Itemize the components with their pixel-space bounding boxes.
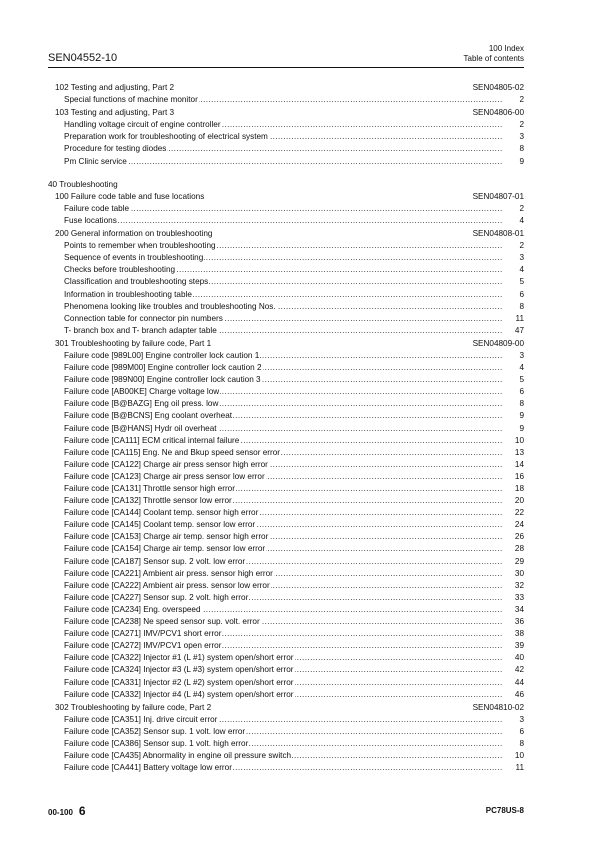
toc-entry-page: 13 [515, 447, 524, 459]
toc-entry-title: Failure code [CA154] Charge air temp. se… [64, 544, 266, 553]
toc-entry-title: Failure code [CA131] Throttle sensor hig… [64, 484, 236, 493]
toc-entry-page: 6 [519, 289, 524, 301]
toc-entry-leader: T- branch box and T- branch adapter tabl… [64, 325, 503, 337]
toc-section-doc-number: SEN04807-01 [473, 191, 524, 203]
toc-entry-leader: Failure code [CA332] Injector #4 (L #4) … [64, 689, 503, 701]
toc-entry-leader: Preparation work for troubleshooting of … [64, 131, 503, 143]
header-rule [48, 67, 524, 68]
toc-entry[interactable]: Failure code [CA123] Charge air press se… [48, 471, 524, 483]
toc-entry-title: Failure code [989M00] Engine controller … [64, 363, 263, 372]
toc-entry-title: Handling voltage circuit of engine contr… [64, 120, 222, 129]
toc-entry-leader: Classification and troubleshooting steps [64, 276, 503, 288]
toc-entry-page: 11 [516, 313, 525, 325]
toc-entry[interactable]: Failure code [CA386] Sensor sup. 1 volt.… [48, 738, 524, 750]
document-number: SEN04552-10 [48, 52, 117, 64]
toc-entry[interactable]: Fuse locations 4 [48, 215, 524, 227]
toc-entry-page: 4 [519, 264, 524, 276]
section-title: 100 Index [464, 44, 524, 54]
toc-entry-title: Failure code [CA332] Injector #4 (L #4) … [64, 690, 295, 699]
toc-entry-title: Procedure for testing diodes [64, 144, 167, 153]
toc-entry[interactable]: Failure code [CA332] Injector #4 (L #4) … [48, 689, 524, 701]
toc-entry-leader: Failure code [989M00] Engine controller … [64, 362, 503, 374]
toc-entry-page: 3 [519, 350, 524, 362]
toc-entry-leader: Failure code [CA153] Charge air temp. se… [64, 531, 503, 543]
toc-entry-leader: Failure code [989L00] Engine controller … [64, 350, 503, 362]
toc-entry-title: Failure code [CA111] ECM critical intern… [64, 436, 240, 445]
toc-entry-leader: Pm Clinic service [64, 156, 503, 168]
toc-entry[interactable]: Failure code [CA221] Ambient air press. … [48, 568, 524, 580]
toc-entry[interactable]: Pm Clinic service9 [48, 156, 524, 168]
toc-entry[interactable]: Failure code [CA238] Ne speed sensor sup… [48, 616, 524, 628]
toc-entry-leader: Sequence of events in troubleshooting [64, 252, 503, 264]
toc-section-doc-number: SEN04805-02 [473, 82, 524, 94]
toc-entry-title: Failure code [989L00] Engine controller … [64, 351, 260, 360]
toc-entry[interactable]: Failure code [989L00] Engine controller … [48, 350, 524, 362]
toc-entry-leader: Failure code [CA111] ECM critical intern… [64, 435, 503, 447]
table-of-contents: 102 Testing and adjusting, Part 2SEN0480… [48, 82, 524, 774]
toc-entry-page: 2 [519, 240, 524, 252]
footer-model: PC78US-8 [486, 806, 524, 815]
toc-entry[interactable]: Failure code [CA122] Charge air press se… [48, 459, 524, 471]
toc-entry[interactable]: Sequence of events in troubleshooting 3 [48, 252, 524, 264]
toc-entry[interactable]: Failure code [CA234] Eng. overspeed 34 [48, 604, 524, 616]
toc-entry-page: 47 [515, 325, 524, 337]
toc-entry[interactable]: Checks before troubleshooting 4 [48, 264, 524, 276]
toc-entry-leader: Checks before troubleshooting [64, 264, 503, 276]
toc-entry-page: 3 [519, 131, 524, 143]
toc-entry-page: 30 [515, 568, 524, 580]
toc-entry-leader: Failure code [CA115] Eng. Ne and Bkup sp… [64, 447, 503, 459]
toc-entry-leader: Handling voltage circuit of engine contr… [64, 119, 503, 131]
toc-entry-page: 38 [515, 628, 524, 640]
toc-entry[interactable]: Preparation work for troubleshooting of … [48, 131, 524, 143]
section-subtitle: Table of contents [464, 54, 524, 64]
toc-entry[interactable]: Handling voltage circuit of engine contr… [48, 119, 524, 131]
footer-page-ref: 00-1006 [48, 804, 86, 818]
toc-entry-leader: Failure code [CA222] Ambient air press. … [64, 580, 503, 592]
toc-entry-leader: Information in troubleshooting table [64, 289, 503, 301]
toc-entry[interactable]: Information in troubleshooting table 6 [48, 289, 524, 301]
toc-entry[interactable]: Points to remember when troubleshooting2 [48, 240, 524, 252]
toc-section-heading[interactable]: 102 Testing and adjusting, Part 2SEN0480… [48, 82, 524, 94]
toc-entry-title: Failure code [CA132] Throttle sensor low… [64, 496, 233, 505]
toc-entry-leader: Failure code [CA123] Charge air press se… [64, 471, 503, 483]
toc-entry-page: 8 [519, 301, 524, 313]
toc-entry-leader: Procedure for testing diodes [64, 143, 503, 155]
toc-entry-page: 8 [519, 738, 524, 750]
toc-entry-title: Failure code [CA322] Injector #1 (L #1) … [64, 653, 295, 662]
toc-entry[interactable]: Failure code [AB00KE] Charge voltage low… [48, 386, 524, 398]
toc-entry[interactable]: Failure code [CA435] Abnormality in engi… [48, 750, 524, 762]
toc-section-heading[interactable]: 200 General information on troubleshooti… [48, 228, 524, 240]
toc-entry-title: Failure code [CA435] Abnormality in engi… [64, 751, 292, 760]
toc-entry-title: Checks before troubleshooting [64, 265, 176, 274]
toc-entry[interactable]: Failure code [B@HANS] Hydr oil overheat … [48, 423, 524, 435]
toc-entry[interactable]: Failure code [CA322] Injector #1 (L #1) … [48, 652, 524, 664]
toc-entry[interactable]: Failure code [CA111] ECM critical intern… [48, 435, 524, 447]
toc-entry-leader: Failure code [CA221] Ambient air press. … [64, 568, 503, 580]
toc-entry-page: 8 [519, 143, 524, 155]
toc-entry-title: Failure code [CA272] IMV/PCV1 open error [64, 641, 222, 650]
toc-entry-page: 26 [515, 531, 524, 543]
toc-entry-leader: Failure code [CA441] Battery voltage low… [64, 762, 503, 774]
toc-entry-leader: Failure code [AB00KE] Charge voltage low [64, 386, 503, 398]
toc-entry-page: 9 [519, 156, 524, 168]
toc-entry[interactable]: Failure code [CA441] Battery voltage low… [48, 762, 524, 774]
toc-entry-page: 32 [515, 580, 524, 592]
toc-entry[interactable]: Failure code [CA222] Ambient air press. … [48, 580, 524, 592]
toc-entry-title: Failure code [CA271] IMV/PCV1 short erro… [64, 629, 222, 638]
toc-section-doc-number: SEN04808-01 [473, 228, 524, 240]
toc-entry-leader: Failure code [CA272] IMV/PCV1 open error [64, 640, 503, 652]
toc-entry-title: Preparation work for troubleshooting of … [64, 132, 269, 141]
toc-entry[interactable]: Failure code [CA227] Sensor sup. 2 volt.… [48, 592, 524, 604]
toc-entry[interactable]: Failure code [CA131] Throttle sensor hig… [48, 483, 524, 495]
toc-entry-page: 44 [515, 677, 524, 689]
toc-entry-title: Points to remember when troubleshooting [64, 241, 217, 250]
toc-entry[interactable]: Failure code [CA324] Injector #3 (L #3) … [48, 664, 524, 676]
toc-entry-title: Failure code [CA221] Ambient air press. … [64, 569, 274, 578]
toc-entry-page: 20 [515, 495, 524, 507]
toc-entry-leader: Failure code [CA352] Sensor sup. 1 volt.… [64, 726, 503, 738]
toc-entry-page: 2 [519, 119, 524, 131]
toc-entry-leader: Failure code [B@HANS] Hydr oil overheat [64, 423, 503, 435]
toc-section-heading[interactable]: 301 Troubleshooting by failure code, Par… [48, 338, 524, 350]
toc-entry-page: 5 [519, 374, 524, 386]
toc-heading-title: 103 Testing and adjusting, Part 3 [55, 108, 174, 117]
toc-entry-page: 8 [519, 398, 524, 410]
toc-chapter-heading[interactable]: 40 Troubleshooting [48, 179, 524, 191]
footer-section-code: 00-100 [48, 808, 73, 817]
toc-entry-title: Failure code [CA324] Injector #3 (L #3) … [64, 665, 295, 674]
toc-entry[interactable]: Failure code [CA272] IMV/PCV1 open error… [48, 640, 524, 652]
toc-entry-page: 2 [519, 203, 524, 215]
toc-entry-leader: Special functions of machine monitor [64, 94, 503, 106]
toc-entry-leader: Failure code [CA435] Abnormality in engi… [64, 750, 503, 762]
toc-entry-page: 34 [515, 604, 524, 616]
toc-section-heading[interactable]: 103 Testing and adjusting, Part 3SEN0480… [48, 107, 524, 119]
toc-heading-title: 40 Troubleshooting [48, 180, 118, 189]
toc-entry[interactable]: Failure code [CA351] Inj. drive circuit … [48, 714, 524, 726]
toc-entry[interactable]: Special functions of machine monitor2 [48, 94, 524, 106]
toc-entry-page: 3 [519, 714, 524, 726]
toc-entry-title: Failure code [989N00] Engine controller … [64, 375, 262, 384]
toc-entry[interactable]: Failure code [CA271] IMV/PCV1 short erro… [48, 628, 524, 640]
toc-entry-leader: Failure code [CA324] Injector #3 (L #3) … [64, 664, 503, 676]
toc-entry-title: Fuse locations [64, 216, 118, 225]
toc-entry[interactable]: Failure code [CA145] Coolant temp. senso… [48, 519, 524, 531]
toc-entry[interactable]: Failure code [CA154] Charge air temp. se… [48, 543, 524, 555]
toc-entry-leader: Failure code [CA386] Sensor sup. 1 volt.… [64, 738, 503, 750]
toc-entry-leader: Points to remember when troubleshooting [64, 240, 503, 252]
toc-entry[interactable]: Failure code [CA187] Sensor sup. 2 volt.… [48, 556, 524, 568]
toc-entry-page: 28 [515, 543, 524, 555]
toc-entry-leader: Failure code table [64, 203, 503, 215]
toc-entry-page: 33 [515, 592, 524, 604]
toc-entry[interactable]: Failure code [B@BCNS] Eng coolant overhe… [48, 410, 524, 422]
toc-entry-page: 39 [515, 640, 524, 652]
toc-entry-title: Sequence of events in troubleshooting [64, 253, 204, 262]
toc-entry-title: Failure code [B@BCNS] Eng coolant overhe… [64, 411, 233, 420]
toc-entry-title: Information in troubleshooting table [64, 290, 193, 299]
toc-entry[interactable]: Failure code [CA153] Charge air temp. se… [48, 531, 524, 543]
toc-heading-title: 302 Troubleshooting by failure code, Par… [55, 703, 211, 712]
toc-entry[interactable]: T- branch box and T- branch adapter tabl… [48, 325, 524, 337]
toc-section-doc-number: SEN04810-02 [473, 702, 524, 714]
toc-section-doc-number: SEN04806-00 [473, 107, 524, 119]
toc-entry-page: 9 [519, 423, 524, 435]
toc-entry-title: Classification and troubleshooting steps [64, 277, 209, 286]
toc-section-heading[interactable]: 100 Failure code table and fuse location… [48, 191, 524, 203]
toc-entry-leader: Failure code [CA187] Sensor sup. 2 volt.… [64, 556, 503, 568]
toc-entry-leader: Failure code [989N00] Engine controller … [64, 374, 503, 386]
toc-entry-page: 10 [515, 750, 524, 762]
toc-entry-title: Failure code [CA238] Ne speed sensor sup… [64, 617, 261, 626]
toc-entry-leader: Failure code [CA154] Charge air temp. se… [64, 543, 503, 555]
toc-entry-title: Failure code table [64, 204, 130, 213]
toc-entry-page: 4 [519, 362, 524, 374]
toc-entry-leader: Failure code [B@BCNS] Eng coolant overhe… [64, 410, 503, 422]
toc-entry-title: Failure code [CA115] Eng. Ne and Bkup sp… [64, 448, 281, 457]
toc-entry-page: 46 [515, 689, 524, 701]
toc-entry-title: Failure code [B@BAZG] Eng oil press. low [64, 399, 219, 408]
toc-entry-leader: Failure code [CA234] Eng. overspeed [64, 604, 503, 616]
toc-entry-leader: Fuse locations [64, 215, 503, 227]
toc-entry-title: Failure code [CA145] Coolant temp. senso… [64, 520, 256, 529]
toc-entry-title: Failure code [CA352] Sensor sup. 1 volt.… [64, 727, 246, 736]
toc-entry[interactable]: Phenomena looking like troubles and trou… [48, 301, 524, 313]
toc-entry-leader: Failure code [CA271] IMV/PCV1 short erro… [64, 628, 503, 640]
toc-entry[interactable]: Classification and troubleshooting steps… [48, 276, 524, 288]
toc-entry-title: Failure code [CA227] Sensor sup. 2 volt.… [64, 593, 249, 602]
toc-entry-title: Failure code [CA122] Charge air press se… [64, 460, 269, 469]
toc-entry-page: 42 [515, 664, 524, 676]
toc-entry[interactable]: Failure code [B@BAZG] Eng oil press. low… [48, 398, 524, 410]
toc-entry-leader: Failure code [CA122] Charge air press se… [64, 459, 503, 471]
toc-entry-title: T- branch box and T- branch adapter tabl… [64, 326, 218, 335]
toc-entry-page: 40 [515, 652, 524, 664]
toc-entry-leader: Failure code [CA322] Injector #1 (L #1) … [64, 652, 503, 664]
toc-entry-page: 29 [515, 556, 524, 568]
toc-entry-leader: Phenomena looking like troubles and trou… [64, 301, 503, 313]
toc-entry-page: 36 [515, 616, 524, 628]
toc-entry-leader: Failure code [CA144] Coolant temp. senso… [64, 507, 503, 519]
toc-entry-page: 5 [519, 276, 524, 288]
header-section: 100 Index Table of contents [464, 44, 524, 64]
toc-entry-title: Failure code [CA123] Charge air press se… [64, 472, 266, 481]
toc-entry-title: Connection table for connector pin numbe… [64, 314, 224, 323]
toc-heading-title: 100 Failure code table and fuse location… [55, 192, 204, 201]
toc-entry-title: Failure code [CA386] Sensor sup. 1 volt.… [64, 739, 249, 748]
footer-page-number: 6 [79, 804, 86, 818]
toc-entry-page: 6 [519, 386, 524, 398]
toc-entry[interactable]: Procedure for testing diodes 8 [48, 143, 524, 155]
toc-entry[interactable]: Failure code [CA352] Sensor sup. 1 volt.… [48, 726, 524, 738]
toc-entry-leader: Failure code [CA145] Coolant temp. senso… [64, 519, 503, 531]
toc-entry-leader: Failure code [CA238] Ne speed sensor sup… [64, 616, 503, 628]
toc-entry-page: 16 [515, 471, 524, 483]
toc-entry-leader: Failure code [CA131] Throttle sensor hig… [64, 483, 503, 495]
toc-entry-title: Failure code [CA187] Sensor sup. 2 volt.… [64, 557, 246, 566]
toc-entry-page: 10 [515, 435, 524, 447]
toc-entry[interactable]: Connection table for connector pin numbe… [48, 313, 524, 325]
toc-section-heading[interactable]: 302 Troubleshooting by failure code, Par… [48, 702, 524, 714]
toc-entry-page: 24 [515, 519, 524, 531]
toc-entry-page: 3 [519, 252, 524, 264]
toc-heading-title: 301 Troubleshooting by failure code, Par… [55, 339, 211, 348]
toc-entry-title: Failure code [CA144] Coolant temp. senso… [64, 508, 259, 517]
toc-entry-title: Special functions of machine monitor [64, 95, 199, 104]
toc-entry-title: Failure code [B@HANS] Hydr oil overheat [64, 424, 218, 433]
toc-entry-page: 6 [519, 726, 524, 738]
toc-entry-title: Pm Clinic service [64, 157, 128, 166]
toc-entry-page: 11 [516, 762, 525, 774]
toc-section-doc-number: SEN04809-00 [473, 338, 524, 350]
toc-entry-page: 4 [519, 215, 524, 227]
toc-entry-page: 9 [519, 410, 524, 422]
toc-entry-leader: Failure code [CA227] Sensor sup. 2 volt.… [64, 592, 503, 604]
toc-entry[interactable]: Failure code [CA115] Eng. Ne and Bkup sp… [48, 447, 524, 459]
toc-heading-title: 200 General information on troubleshooti… [55, 229, 213, 238]
toc-entry[interactable]: Failure code table2 [48, 203, 524, 215]
toc-entry-page: 2 [519, 94, 524, 106]
toc-entry[interactable]: Failure code [CA132] Throttle sensor low… [48, 495, 524, 507]
toc-entry-title: Failure code [CA441] Battery voltage low… [64, 763, 233, 772]
toc-entry[interactable]: Failure code [989M00] Engine controller … [48, 362, 524, 374]
toc-entry-leader: Failure code [CA132] Throttle sensor low… [64, 495, 503, 507]
toc-entry-leader: Failure code [CA351] Inj. drive circuit … [64, 714, 503, 726]
toc-entry-leader: Failure code [B@BAZG] Eng oil press. low [64, 398, 503, 410]
toc-entry-title: Failure code [CA153] Charge air temp. se… [64, 532, 269, 541]
toc-entry[interactable]: Failure code [CA144] Coolant temp. senso… [48, 507, 524, 519]
toc-entry-page: 14 [515, 459, 524, 471]
toc-entry-leader: Failure code [CA331] Injector #2 (L #2) … [64, 677, 503, 689]
toc-entry-title: Phenomena looking like troubles and trou… [64, 302, 277, 311]
toc-entry-title: Failure code [CA331] Injector #2 (L #2) … [64, 678, 295, 687]
toc-entry[interactable]: Failure code [989N00] Engine controller … [48, 374, 524, 386]
toc-entry-leader: Connection table for connector pin numbe… [64, 313, 503, 325]
toc-entry[interactable]: Failure code [CA331] Injector #2 (L #2) … [48, 677, 524, 689]
toc-entry-title: Failure code [CA222] Ambient air press. … [64, 581, 271, 590]
toc-entry-title: Failure code [CA234] Eng. overspeed [64, 605, 202, 614]
toc-entry-page: 22 [515, 507, 524, 519]
toc-entry-title: Failure code [CA351] Inj. drive circuit … [64, 715, 218, 724]
toc-entry-page: 18 [515, 483, 524, 495]
toc-entry-title: Failure code [AB00KE] Charge voltage low [64, 387, 220, 396]
toc-heading-title: 102 Testing and adjusting, Part 2 [55, 83, 174, 92]
